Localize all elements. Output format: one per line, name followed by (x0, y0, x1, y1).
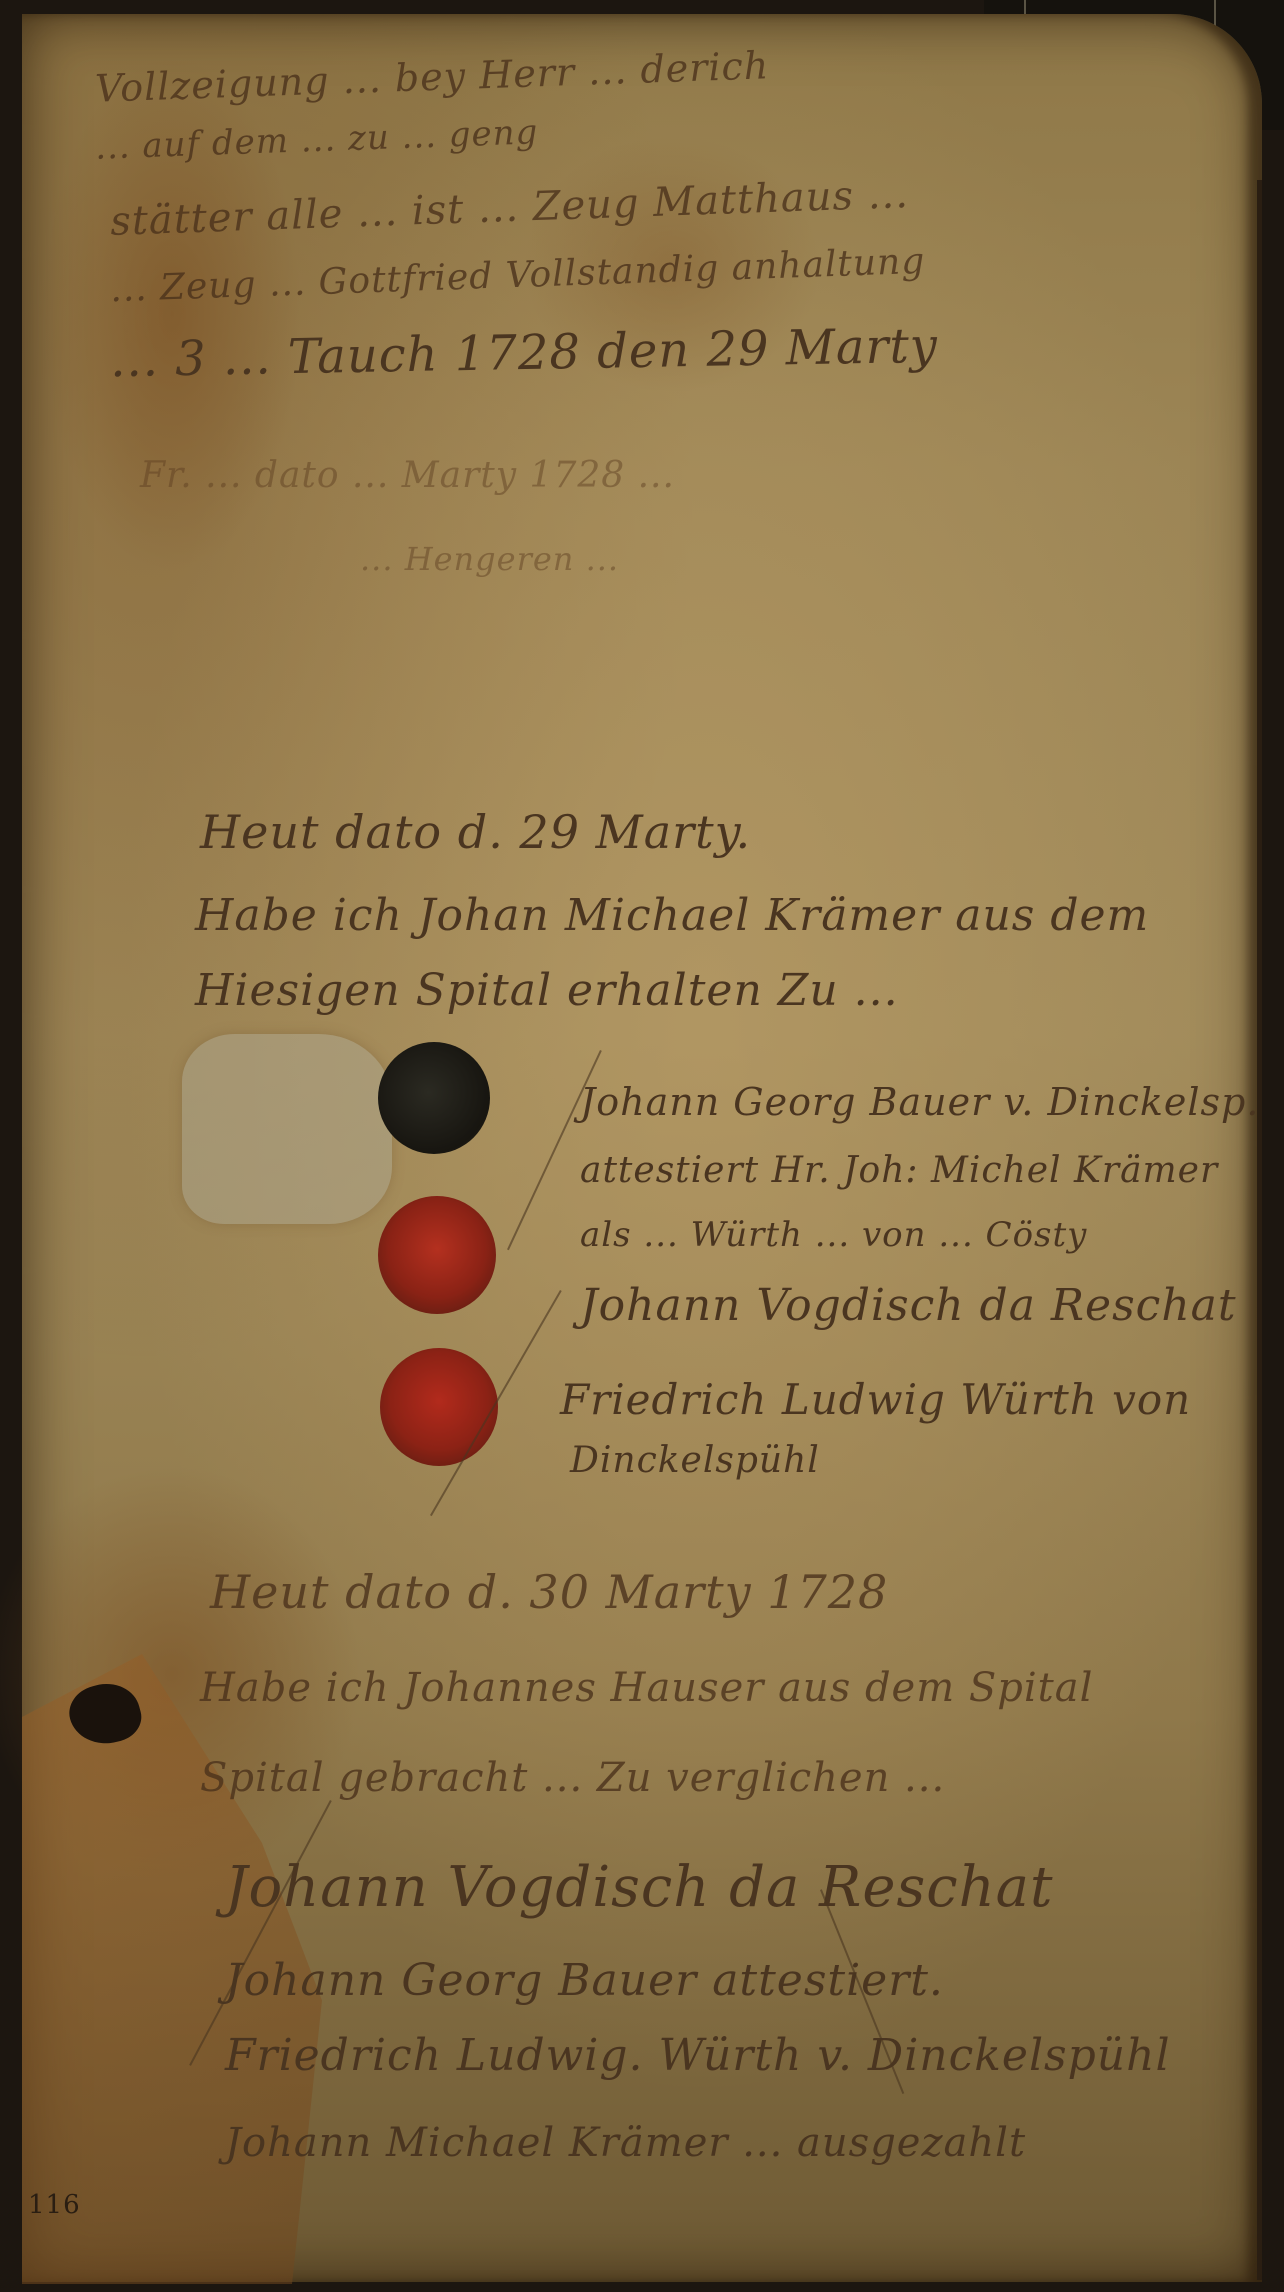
wax-seal-red-1 (378, 1196, 496, 1314)
second-entry-line-5: Friedrich Ludwig. Würth v. Dinckelspühl (225, 2030, 1171, 2081)
second-entry-line-1: Habe ich Johannes Hauser aus dem Spital (200, 1665, 1093, 1711)
wax-seal-red-2 (380, 1348, 498, 1466)
faded-entry-line-2: ... Hengeren ... (360, 540, 619, 578)
glued-paper-patch (182, 1034, 392, 1224)
second-entry-line-3: Johann Vogdisch da Reschat (225, 1855, 1054, 1920)
attestation-line-5: Friedrich Ludwig Würth von (560, 1375, 1191, 1424)
wax-seal-black (378, 1042, 490, 1154)
second-entry-line-6: Johann Michael Krämer ... ausgezahlt (225, 2120, 1026, 2166)
main-entry-line-1: Habe ich Johan Michael Krämer aus dem (195, 890, 1149, 941)
second-entry-heading: Heut dato d. 30 Marty 1728 (210, 1565, 888, 1619)
attestation-line-1: Johann Georg Bauer v. Dinckelsp. (580, 1080, 1259, 1124)
second-entry-line-2: Spital gebracht ... Zu verglichen ... (200, 1755, 945, 1801)
page-number: 116 (28, 2190, 81, 2220)
attestation-line-4: Johann Vogdisch da Reschat (580, 1280, 1237, 1331)
second-entry-line-4: Johann Georg Bauer attestiert. (225, 1955, 944, 2006)
attestation-line-3: als ... Würth ... von ... Cösty (580, 1215, 1087, 1255)
main-entry-line-2: Hiesigen Spital erhalten Zu ... (195, 965, 899, 1016)
faded-entry-line-1: Fr. ... dato ... Marty 1728 ... (140, 455, 675, 496)
page-edge (1257, 180, 1262, 2280)
attestation-line-2: attestiert Hr. Joh: Michel Krämer (580, 1150, 1218, 1191)
attestation-line-6: Dinckelspühl (570, 1440, 820, 1481)
main-entry-heading: Heut dato d. 29 Marty. (200, 805, 751, 859)
